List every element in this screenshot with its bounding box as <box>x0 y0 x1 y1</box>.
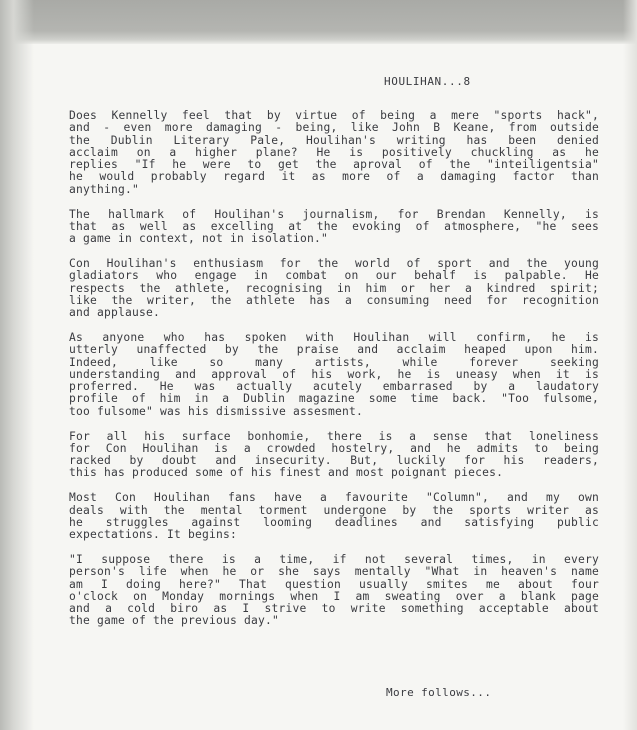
text-line: Most Con Houlihan fans have a favourite … <box>69 492 599 504</box>
body-text: Does Kennelly feel that by virtue of bei… <box>69 110 599 640</box>
text-line: a game in context, not in isolation." <box>69 233 599 245</box>
text-line: For all his surface bonhomie, there is a… <box>69 431 599 443</box>
text-line: and - even more damaging - being, like J… <box>69 122 599 134</box>
text-line: anything." <box>69 184 599 196</box>
text-line: this has produced some of his finest and… <box>69 467 599 479</box>
text-line: utterly unaffected by the praise and acc… <box>69 344 599 356</box>
text-line: respects the athlete, recognising in him… <box>69 283 599 295</box>
text-line: and applause. <box>69 307 599 319</box>
text-line: Indeed, like so many artists, while fore… <box>69 357 599 369</box>
text-line: deals with the mental torment undergone … <box>69 505 599 517</box>
paragraph: Con Houlihan's enthusiasm for the world … <box>69 258 599 319</box>
paragraph: As anyone who has spoken with Houlihan w… <box>69 332 599 418</box>
text-line: am I doing here?" That question usually … <box>69 579 599 591</box>
text-line: person's life when he or she says mental… <box>69 566 599 578</box>
text-line: expectations. It begins: <box>69 529 599 541</box>
paragraph: For all his surface bonhomie, there is a… <box>69 431 599 480</box>
paragraph: Does Kennelly feel that by virtue of bei… <box>69 110 599 196</box>
text-line: he would probably regard it as more of a… <box>69 171 599 183</box>
text-line: the game of the previous day." <box>69 615 599 627</box>
text-line: gladiators who engage in combat on our b… <box>69 270 599 282</box>
running-head: HOULIHAN...8 <box>384 75 471 88</box>
text-line: too fulsome" was his dismissive assesmen… <box>69 406 599 418</box>
paragraph: The hallmark of Houlihan's journalism, f… <box>69 209 599 246</box>
paragraph: "I suppose there is a time, if not sever… <box>69 554 599 628</box>
more-follows-note: More follows... <box>386 686 491 699</box>
typewritten-page: HOULIHAN...8 Does Kennelly feel that by … <box>0 0 637 730</box>
text-line: profile of him in a Dublin magazine some… <box>69 393 599 405</box>
paragraph: Most Con Houlihan fans have a favourite … <box>69 492 599 541</box>
